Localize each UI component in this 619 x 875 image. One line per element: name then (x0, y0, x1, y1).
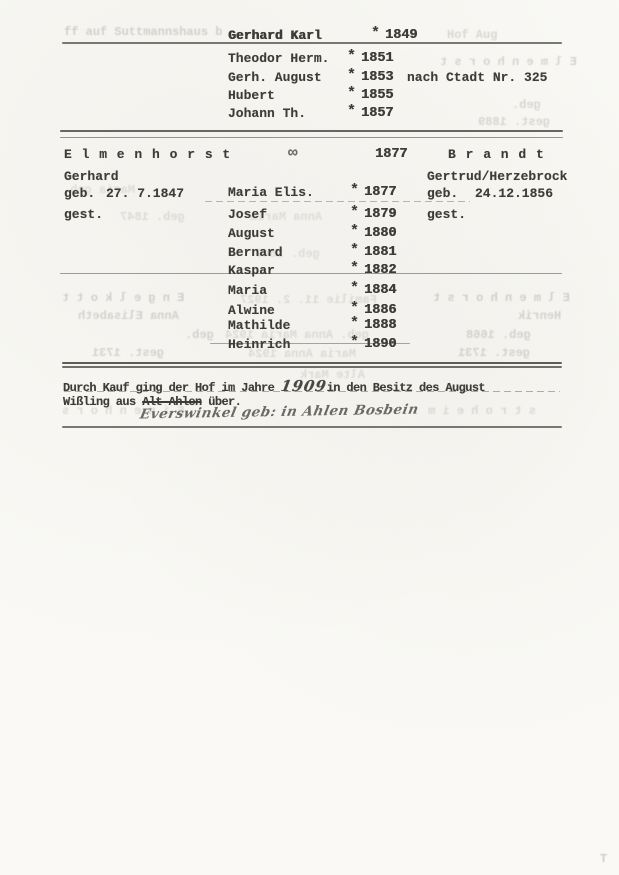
birth-year: 1888 (364, 318, 396, 333)
birth-star-icon: * (350, 317, 359, 331)
birth-year: 1853 (361, 70, 393, 85)
birth-year: 1849 (385, 28, 417, 43)
birth-star-icon: * (350, 206, 359, 220)
bleedthrough-text: E l m e n h o r s t (440, 55, 577, 69)
birth-year: 1855 (361, 88, 393, 103)
bleedthrough-text: ff auf Suttmannshaus b (64, 25, 222, 39)
purchase-note-line1: Durch Kauf ging der Hof im Jahre 1909in … (63, 377, 485, 395)
birth-year: 1877 (364, 185, 396, 200)
scanned-document-page: ff auf Suttmannshaus bHof AugE l m e n h… (0, 0, 619, 875)
marriage-year: 1877 (375, 147, 407, 162)
bleedthrough-text: Anna Elisabeth (78, 309, 179, 323)
divider-line (60, 130, 563, 132)
husband-death-label: gest. (64, 207, 103, 222)
birth-note: nach Ctadt Nr. 325 (407, 70, 547, 85)
bleedthrough-text: geb. 1668 (466, 328, 531, 342)
birth-year: 1879 (364, 207, 396, 222)
child-name: Josef (228, 207, 267, 222)
birth-star-icon: * (347, 69, 356, 83)
husband-birth-label: geb. (64, 186, 95, 201)
child-name: Gerh. August (228, 70, 322, 85)
bleedthrough-text: geb. (185, 328, 214, 342)
birth-star-icon: * (350, 282, 359, 296)
birth-star-icon: * (350, 262, 359, 276)
child-name: Theodor Herm. (228, 51, 329, 66)
bleedthrough-text: Hof Aug (447, 28, 497, 42)
divider-line (205, 201, 470, 202)
wife-first-name: Gertrud/Herzebrock (427, 169, 567, 184)
birth-year: 1890 (364, 337, 396, 352)
divider-line (60, 137, 563, 138)
child-name: Hubert (228, 88, 275, 103)
bleedthrough-text: s t r o h e i m (428, 404, 536, 418)
bleedthrough-text: geb. (512, 98, 541, 112)
note-text-post: in den Besitz des August (327, 381, 485, 395)
child-name: Maria Elis. (228, 185, 314, 200)
child-name: Mathilde (228, 318, 290, 333)
divider-line (62, 426, 562, 428)
birth-star-icon: * (347, 87, 356, 101)
wife-death-label: gest. (427, 207, 466, 222)
birth-year: 1882 (364, 263, 396, 278)
husband-birth-date: 27. 7.1847 (106, 186, 184, 201)
note-text-pre: Durch Kauf ging der Hof im Jahre (63, 381, 281, 395)
birth-star-icon: * (350, 225, 359, 239)
handwritten-year: 1909 (279, 377, 328, 395)
birth-star-icon: * (350, 336, 359, 350)
bleedthrough-text: gest. 1731 (458, 346, 530, 360)
birth-year: 1880 (364, 226, 396, 241)
child-name: August (228, 226, 275, 241)
bleedthrough-text: Henrik (518, 309, 561, 323)
bleedthrough-text: T (600, 852, 607, 866)
wife-birth-date: 24.12.1856 (475, 186, 553, 201)
birth-star-icon: * (350, 244, 359, 258)
bleedthrough-text: E n g e l k o t t (62, 291, 184, 305)
child-name: Kaspar (228, 263, 275, 278)
birth-star-icon: * (371, 27, 380, 41)
bleedthrough-text: gest. 1731 (92, 346, 164, 360)
child-name: Heinrich (228, 337, 290, 352)
birth-year: 1881 (364, 245, 396, 260)
marriage-symbol-icon: ∞ (288, 146, 298, 160)
bleedthrough-text: E l m e n h o r s t (433, 291, 570, 305)
child-name: Alwine (228, 303, 275, 318)
child-name: Bernard (228, 245, 283, 260)
bleedthrough-text: gest. 1889 (478, 115, 550, 129)
birth-star-icon: * (350, 302, 359, 316)
birth-year: 1886 (364, 303, 396, 318)
birth-year: 1851 (361, 51, 393, 66)
birth-star-icon: * (350, 184, 359, 198)
divider-line (62, 362, 562, 364)
husband-surname: E l m e n h o r s t (64, 147, 231, 162)
wife-birth-label: geb. (427, 186, 458, 201)
wife-surname: B r a n d t (448, 147, 545, 162)
husband-first-name: Gerhard (64, 169, 119, 184)
divider-line (60, 273, 562, 274)
birth-star-icon: * (347, 50, 356, 64)
birth-star-icon: * (347, 105, 356, 119)
bleedthrough-text: geb. 1847 (120, 210, 185, 224)
child-name: Gerhard Karl (228, 28, 322, 43)
birth-year: 1884 (364, 283, 396, 298)
birth-year: 1857 (361, 106, 393, 121)
note-line2-pre: Wißling aus (63, 395, 142, 409)
child-name: Johann Th. (228, 106, 306, 121)
child-name: Maria (228, 283, 267, 298)
